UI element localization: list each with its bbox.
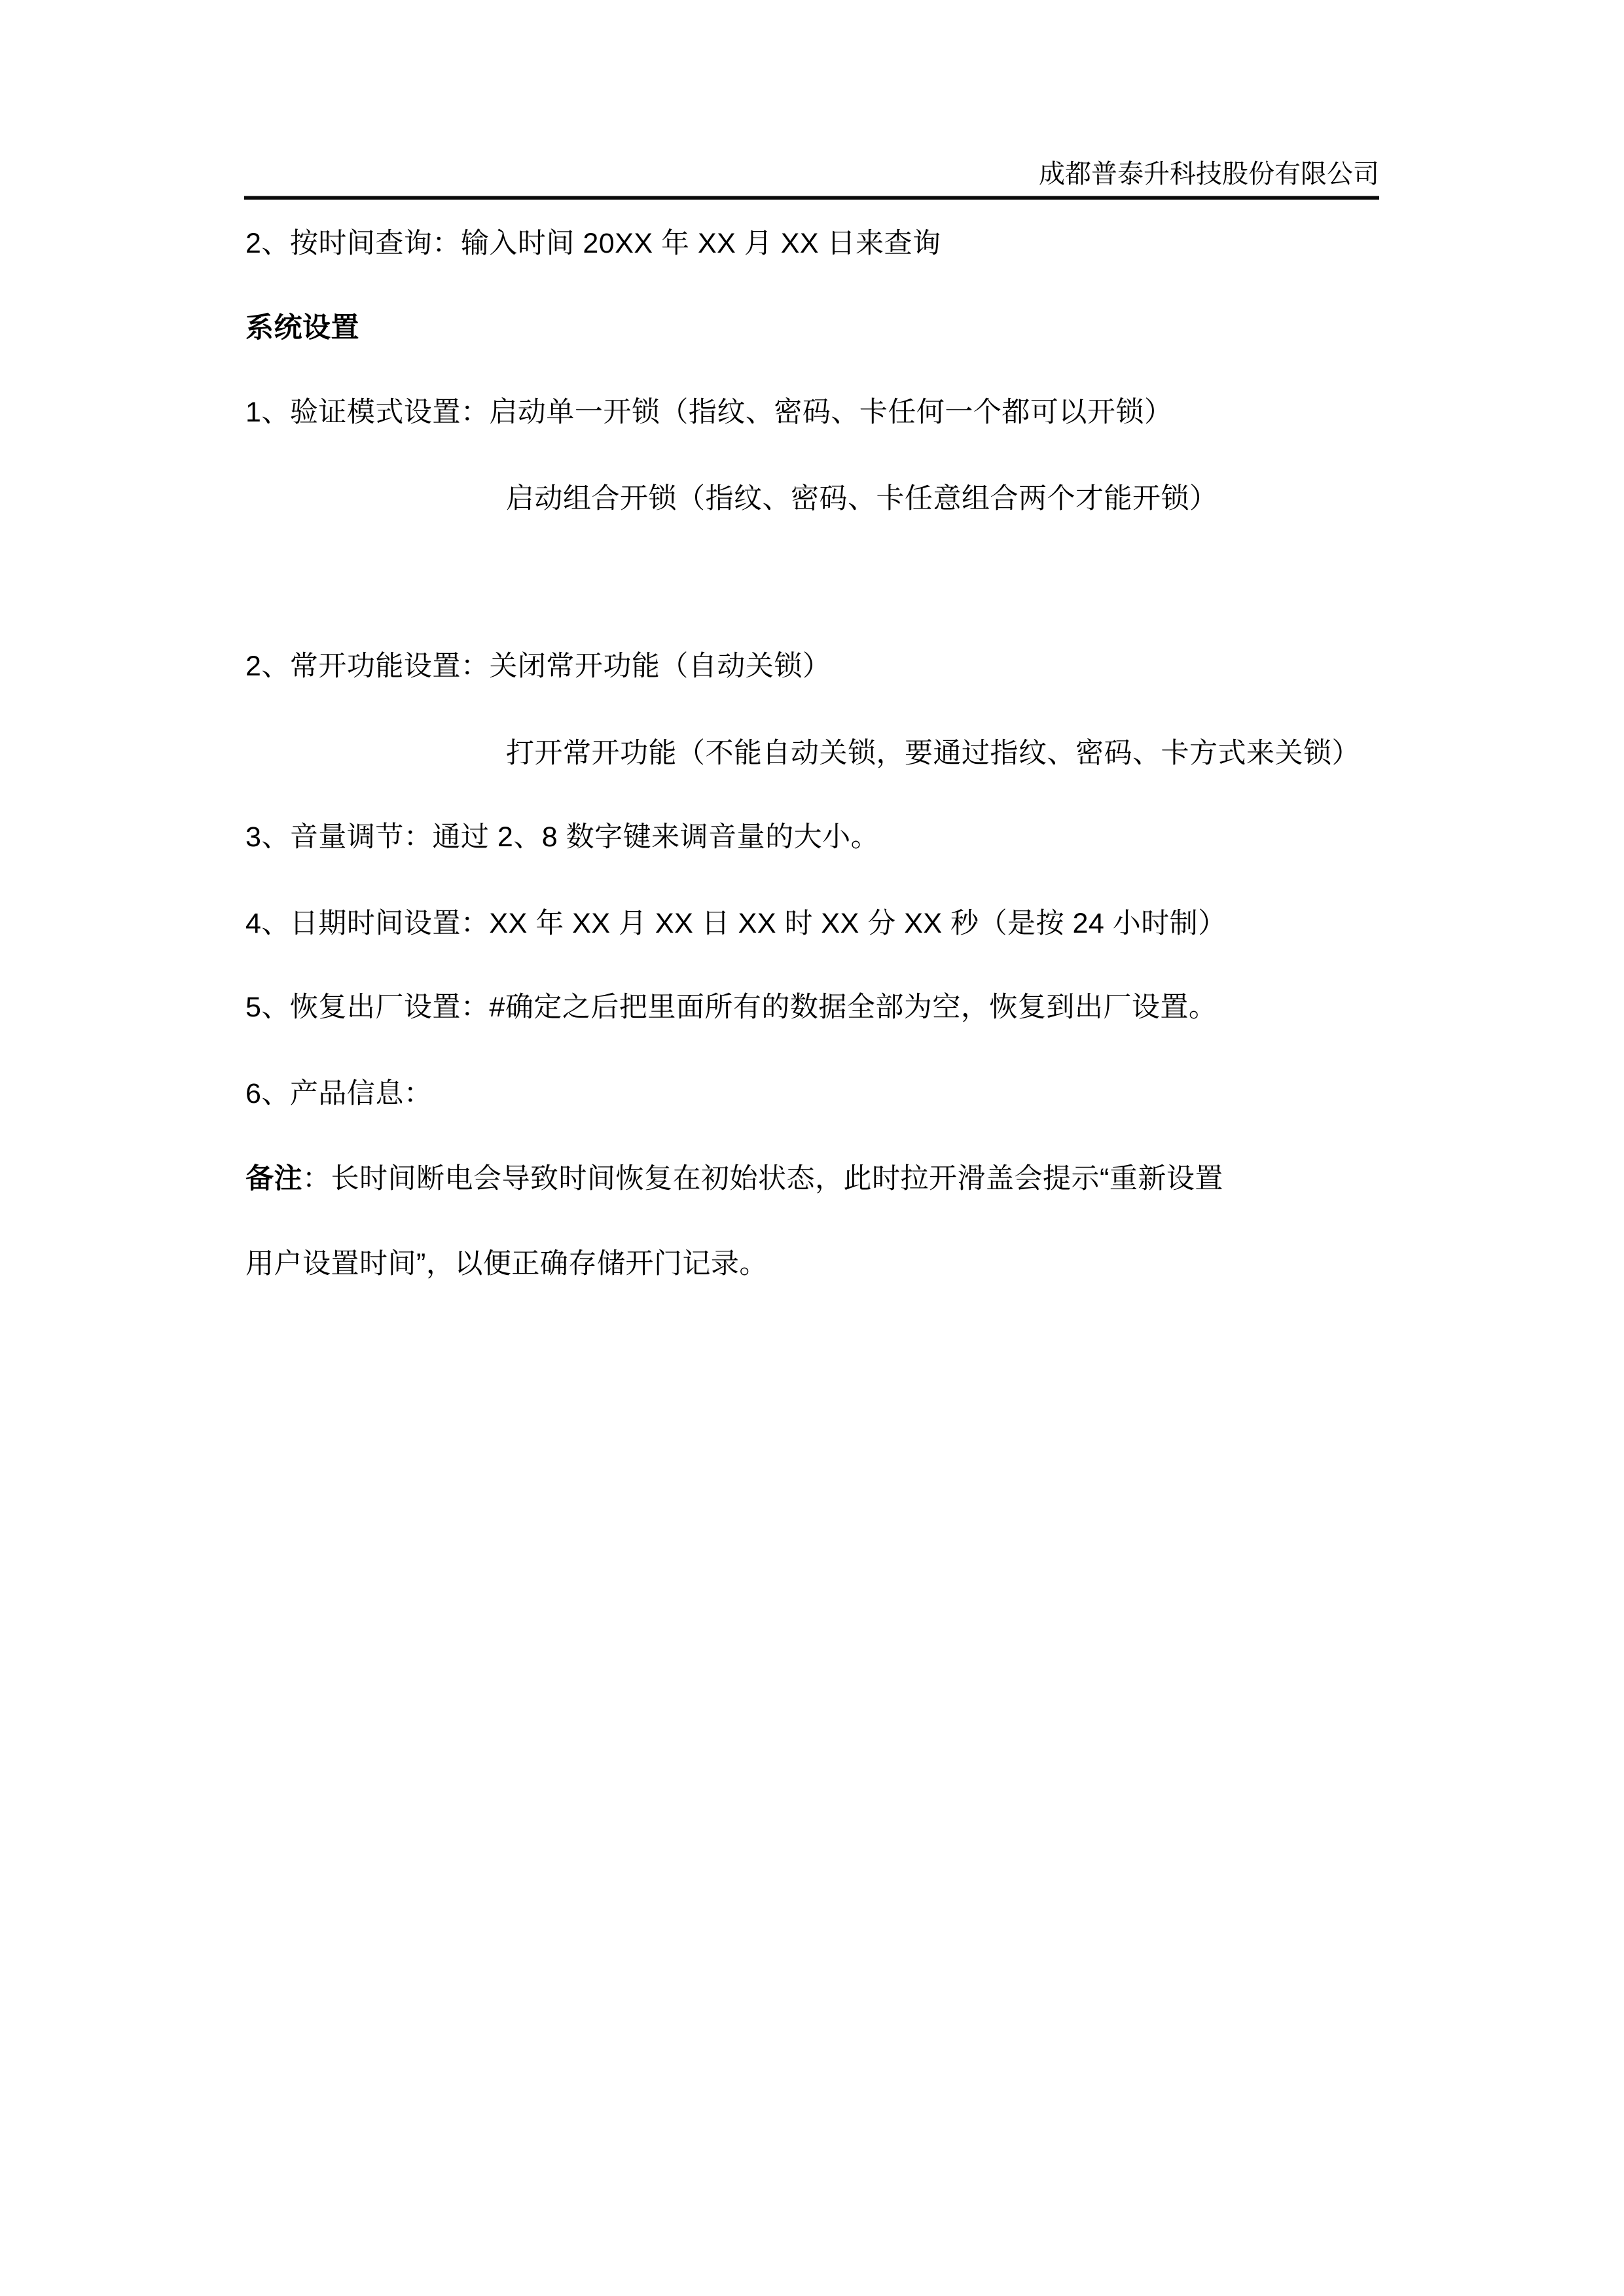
- note-label: 备注: [245, 1163, 302, 1194]
- list-item-5-factory-reset: 5、恢复出厂设置：#确定之后把里面所有的数据全部为空，恢复到出厂设置。: [245, 990, 1217, 1024]
- note-text: ：长时间断电会导致时间恢复在初始状态，此时拉开滑盖会提示“重新设置: [302, 1163, 1223, 1194]
- header-company-name: 成都普泰升科技股份有限公司: [245, 158, 1379, 190]
- header-rule-divider: [244, 196, 1379, 200]
- list-item-4-datetime: 4、日期时间设置：XX 年 XX 月 XX 日 XX 时 XX 分 XX 秒（是…: [245, 906, 1227, 941]
- note-paragraph-line-1: 备注：长时间断电会导致时间恢复在初始状态，此时拉开滑盖会提示“重新设置: [245, 1162, 1223, 1196]
- list-item-6-product-info: 6、产品信息：: [245, 1077, 432, 1111]
- section-heading-system-settings: 系统设置: [245, 311, 359, 345]
- list-item-2-sub-open-function: 打开常开功能（不能自动关锁，要通过指纹、密码、卡方式来关锁）: [506, 736, 1360, 770]
- list-item-2-normally-open: 2、常开功能设置：关闭常开功能（自动关锁）: [245, 649, 831, 683]
- list-item-1-sub-combo-unlock: 启动组合开锁（指纹、密码、卡任意组合两个才能开锁）: [506, 482, 1218, 516]
- paragraph-time-query: 2、按时间查询：输入时间 20XX 年 XX 月 XX 日来查询: [245, 226, 941, 260]
- document-page: 成都普泰升科技股份有限公司 2、按时间查询：输入时间 20XX 年 XX 月 X…: [0, 0, 1624, 2296]
- list-item-1-verification-mode: 1、验证模式设置：启动单一开锁（指纹、密码、卡任何一个都可以开锁）: [245, 395, 1172, 429]
- list-item-3-volume: 3、音量调节：通过 2、8 数字键来调音量的大小。: [245, 820, 879, 854]
- note-paragraph-line-2: 用户设置时间”，以便正确存储开门记录。: [245, 1247, 768, 1281]
